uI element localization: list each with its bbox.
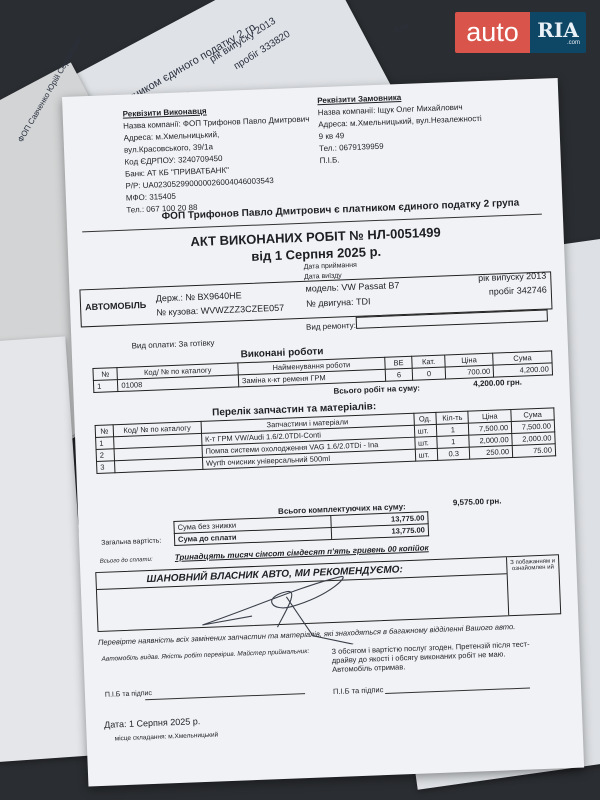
in-words-label: Всього до сплати:: [100, 557, 153, 565]
service-act-document: Реквізити Виконавця Назва компанії: ФОП …: [62, 78, 584, 787]
date-received-label: Дата приймання: [304, 262, 357, 271]
signature: [190, 564, 373, 651]
summary-table: Сума без знижки13,775.00 Сума до сплати1…: [173, 511, 429, 546]
summary-label: Загальна вартість:: [101, 538, 161, 547]
sign-label-right: П.І.Б та підпис: [333, 685, 384, 696]
customer-details: Реквізити Замовника Назва компанії: Іщук…: [317, 89, 483, 167]
sign-label-left: П.І.Б та підпис: [105, 690, 152, 699]
repair-type-label: Вид ремонту:: [306, 321, 356, 332]
autoria-watermark: auto RIA.com: [455, 12, 586, 53]
signature-line-left: [145, 693, 305, 700]
works-total-label: Всього робіт на суму:: [333, 383, 420, 395]
date-line: Дата: 1 Серпня 2025 р.: [104, 716, 201, 730]
parts-total-value: 9,575.00 грн.: [453, 496, 502, 507]
amount-in-words: Тринадцять тисяч сімсот сімдесят п'ять г…: [175, 543, 429, 562]
works-total-value: 4,200.00 грн.: [473, 378, 522, 389]
background-total: 8.00: [394, 23, 409, 34]
place-line: місце складання: м.Хмельницький: [115, 731, 219, 742]
watermark-ria: RIA.com: [530, 12, 586, 53]
payment-method: Вид оплати: За готівку: [131, 338, 214, 350]
signature-line-right: [385, 687, 530, 694]
watermark-auto: auto: [455, 12, 530, 53]
contractor-details: Реквізити Виконавця Назва компанії: ФОП …: [122, 102, 312, 217]
master-note: Автомобіль видав. Якість робіт перевірив…: [101, 648, 309, 663]
client-note: З обсягом і вартістю послуг згоден. Прет…: [331, 639, 542, 674]
